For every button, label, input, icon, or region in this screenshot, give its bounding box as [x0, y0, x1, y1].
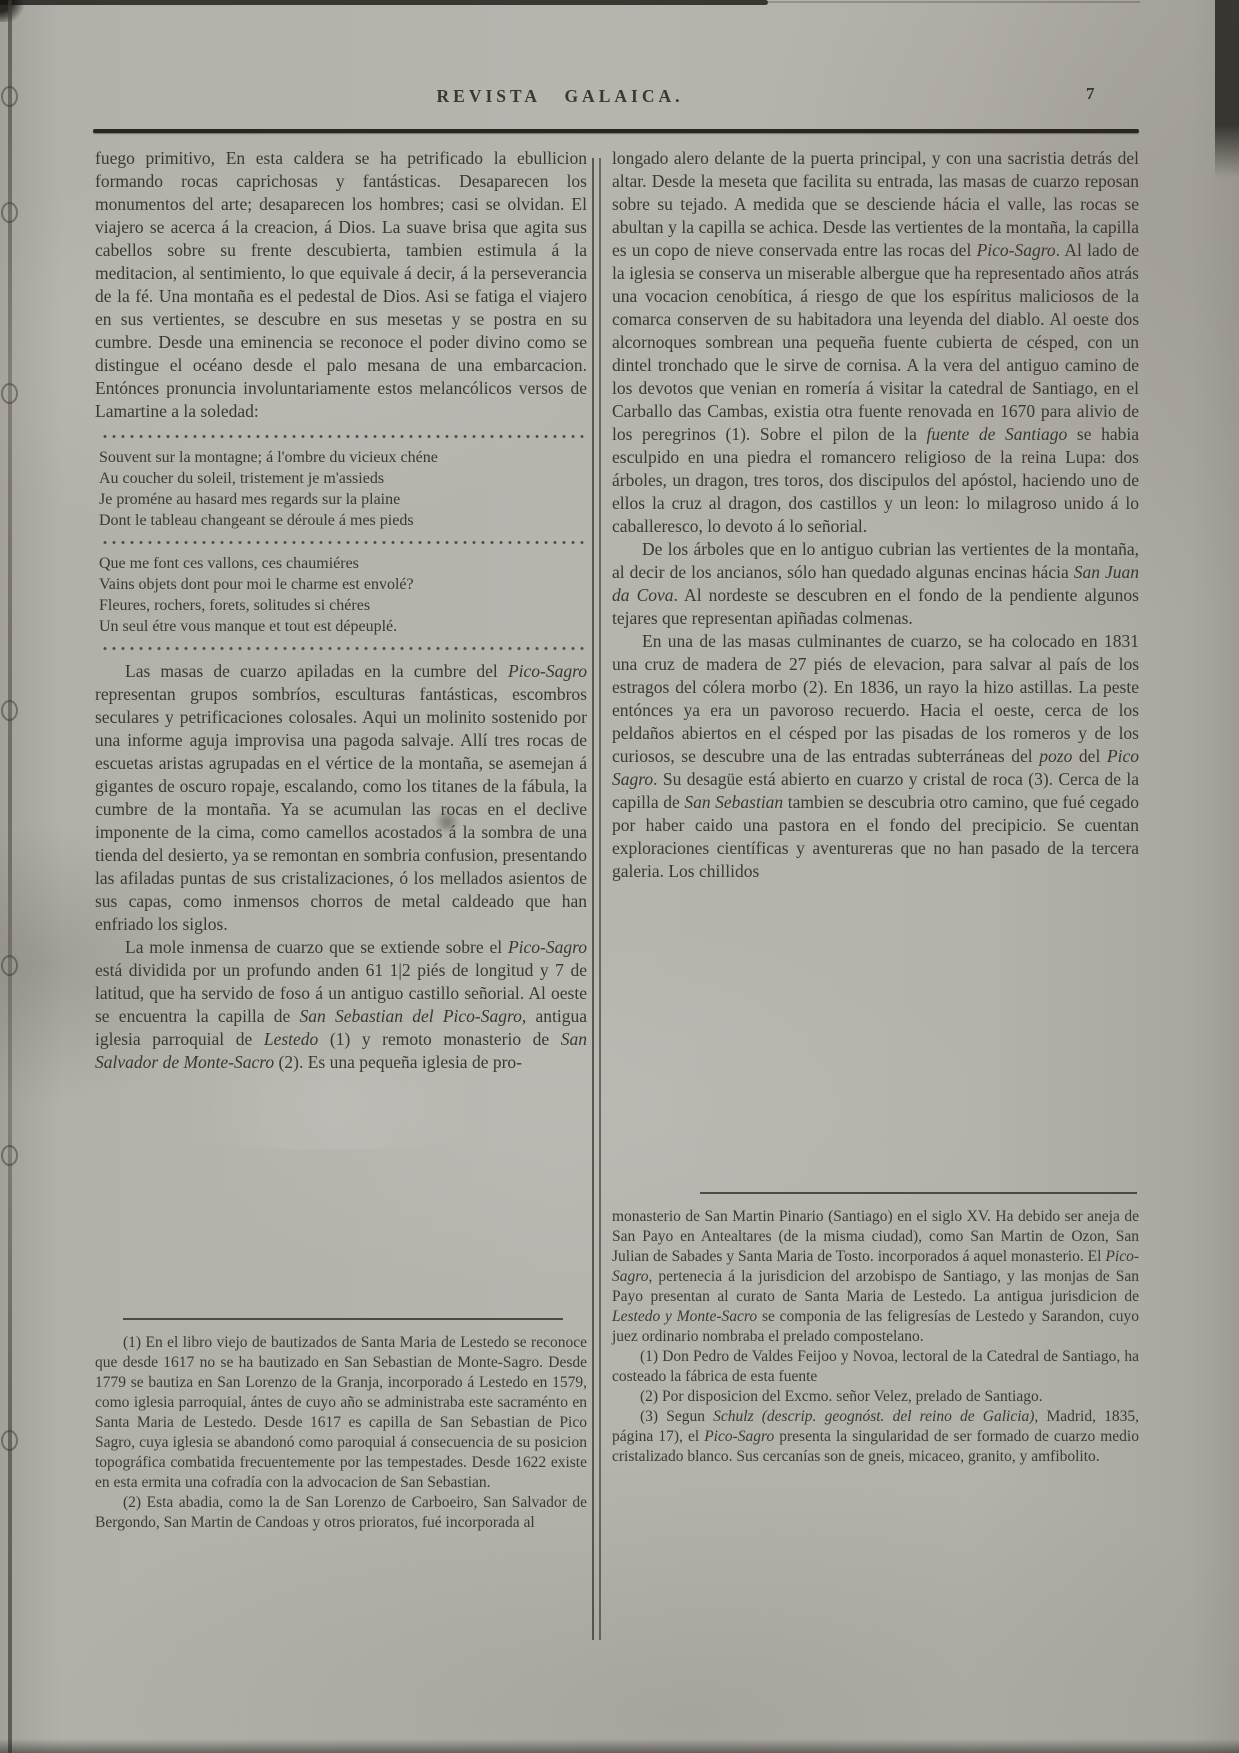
left-footnotes: (1) En el libro viejo de bautizados de S…: [95, 1318, 587, 1533]
poem-line: Souvent sur la montagne; á l'ombre du vi…: [99, 447, 587, 468]
poem-line: Je proméne au hasard mes regards sur la …: [99, 489, 587, 510]
scanned-page: { "page": { "header": { "journal_title":…: [0, 0, 1239, 1753]
stitch-mark: [1, 1145, 18, 1166]
scan-top-right-edge: [1215, 0, 1239, 178]
dotted-separator: [101, 435, 585, 438]
footnote: monasterio de San Martin Pinario (Santia…: [612, 1207, 1139, 1347]
poem-line: Que me font ces vallons, ces chaumiéres: [99, 553, 587, 574]
poem-line: Au coucher du soleil, tristement je m'as…: [99, 468, 587, 489]
paragraph: La mole inmensa de cuarzo que se extiend…: [95, 936, 587, 1074]
binding-edge: [8, 0, 12, 1753]
scan-corner-blot: [0, 0, 26, 22]
right-column: longado alero delante de la puerta princ…: [612, 147, 1139, 1207]
stitch-mark: [1, 202, 18, 223]
footnote-rule: [700, 1192, 1137, 1194]
poem-quote: Souvent sur la montagne; á l'ombre du vi…: [99, 435, 587, 650]
poem-line: Vains objets dont pour moi le charme est…: [99, 574, 587, 595]
left-column: fuego primitivo, En esta caldera se ha p…: [95, 147, 587, 1315]
dotted-separator: [101, 541, 585, 544]
page-title: REVISTA GALAICA.: [60, 86, 1060, 107]
page-number: 7: [1086, 84, 1095, 104]
poem-line: Fleures, rochers, forets, solitudes si c…: [99, 595, 587, 616]
dotted-separator: [101, 647, 585, 650]
scan-bottom-shadow: [0, 1739, 1239, 1753]
stitch-mark: [1, 86, 18, 107]
scan-top-hairline: [0, 1, 1140, 3]
paragraph: longado alero delante de la puerta princ…: [612, 147, 1139, 538]
footnote: (2) Esta abadia, como la de San Lorenzo …: [95, 1493, 587, 1533]
column-divider: [592, 158, 601, 1640]
right-footnotes: monasterio de San Martin Pinario (Santia…: [612, 1192, 1139, 1467]
stitch-mark: [1, 383, 18, 404]
footnote-rule: [123, 1318, 563, 1320]
paragraph: fuego primitivo, En esta caldera se ha p…: [95, 147, 587, 423]
poem-line: Un seul étre vous manque et tout est dép…: [99, 616, 587, 637]
poem-line: Dont le tableau changeant se déroule á m…: [99, 510, 587, 531]
footnote: (3) Segun Schulz (descrip. geognóst. del…: [612, 1407, 1139, 1467]
poem-stanza: Souvent sur la montagne; á l'ombre du vi…: [99, 447, 587, 531]
paragraph: De los árboles que en lo antiguo cubrian…: [612, 538, 1139, 630]
footnote: (1) Don Pedro de Valdes Feijoo y Novoa, …: [612, 1347, 1139, 1387]
footnote: (1) En el libro viejo de bautizados de S…: [95, 1333, 587, 1493]
stitch-mark: [1, 700, 18, 721]
header-rule: [93, 129, 1139, 133]
poem-stanza: Que me font ces vallons, ces chaumiéresV…: [99, 553, 587, 637]
paragraph: En una de las masas culminantes de cuarz…: [612, 630, 1139, 883]
stitch-mark: [1, 1430, 18, 1451]
paragraph: Las masas de cuarzo apiladas en la cumbr…: [95, 660, 587, 936]
footnote: (2) Por disposicion del Excmo. señor Vel…: [612, 1387, 1139, 1407]
stitch-mark: [1, 955, 18, 976]
